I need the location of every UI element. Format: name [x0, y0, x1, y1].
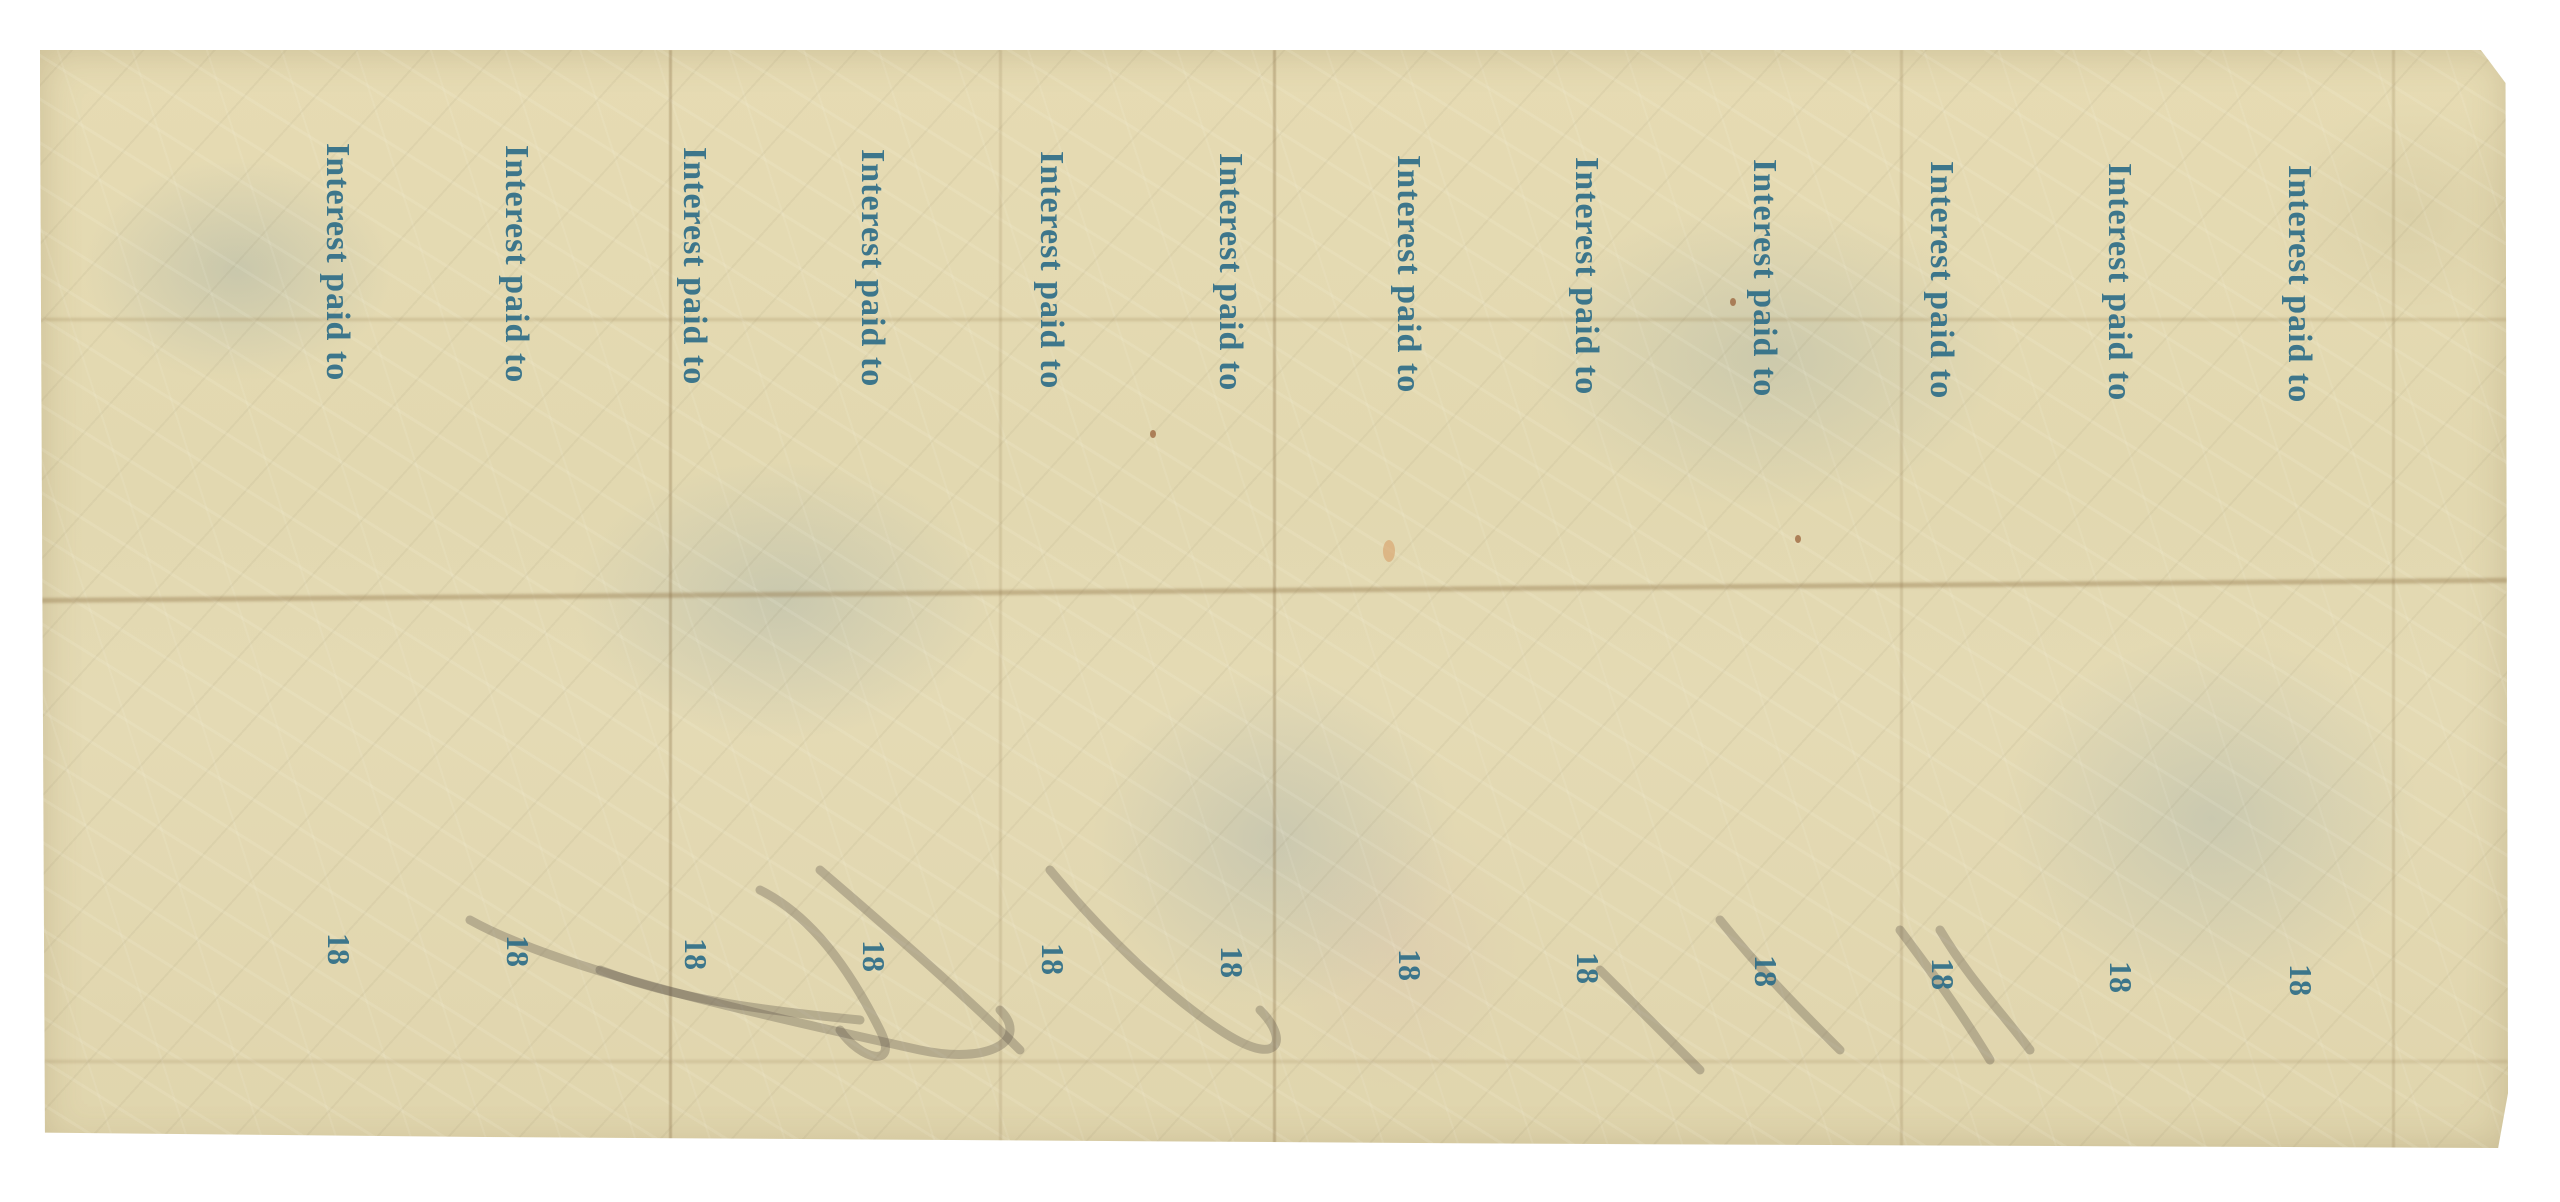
interest-paid-label: Interest paid to — [1922, 161, 1960, 399]
interest-paid-label: Interest paid to — [1032, 151, 1070, 389]
year-prefix: 18 — [1213, 946, 1250, 978]
stain-spot — [1383, 540, 1395, 562]
interest-paid-label: Interest paid to — [675, 147, 713, 385]
fold-line-vertical-1 — [669, 50, 672, 1148]
year-prefix: 18 — [320, 933, 357, 965]
interest-paid-label: Interest paid to — [853, 149, 891, 387]
stain-spot — [1730, 298, 1736, 306]
year-prefix: 18 — [1747, 955, 1784, 987]
interest-paid-label: Interest paid to — [2280, 165, 2318, 403]
year-prefix: 18 — [499, 935, 536, 967]
year-prefix: 18 — [1034, 943, 1071, 975]
fold-line-vertical-2 — [999, 50, 1002, 1148]
interest-paid-label: Interest paid to — [1389, 155, 1427, 393]
year-prefix: 18 — [1391, 949, 1428, 981]
year-prefix: 18 — [1924, 958, 1961, 990]
fold-line-vertical-3 — [1273, 50, 1276, 1148]
interest-paid-label: Interest paid to — [318, 143, 356, 381]
banknote-reverse: Interest paid to 18 Interest paid to 18 … — [40, 50, 2508, 1148]
year-prefix: 18 — [1569, 952, 1606, 984]
interest-paid-label: Interest paid to — [2100, 163, 2138, 401]
interest-paid-label: Interest paid to — [1745, 159, 1783, 397]
fold-line-vertical-5 — [2392, 50, 2395, 1148]
interest-paid-label: Interest paid to — [1211, 153, 1249, 391]
year-prefix: 18 — [855, 940, 892, 972]
year-prefix: 18 — [2282, 964, 2319, 996]
interest-paid-label: Interest paid to — [497, 145, 535, 383]
stain-spot — [1150, 430, 1156, 438]
year-prefix: 18 — [2102, 961, 2139, 993]
interest-paid-label: Interest paid to — [1567, 157, 1605, 395]
fold-line-vertical-4 — [1900, 50, 1903, 1148]
year-prefix: 18 — [677, 938, 714, 970]
stain-spot — [1795, 535, 1801, 543]
